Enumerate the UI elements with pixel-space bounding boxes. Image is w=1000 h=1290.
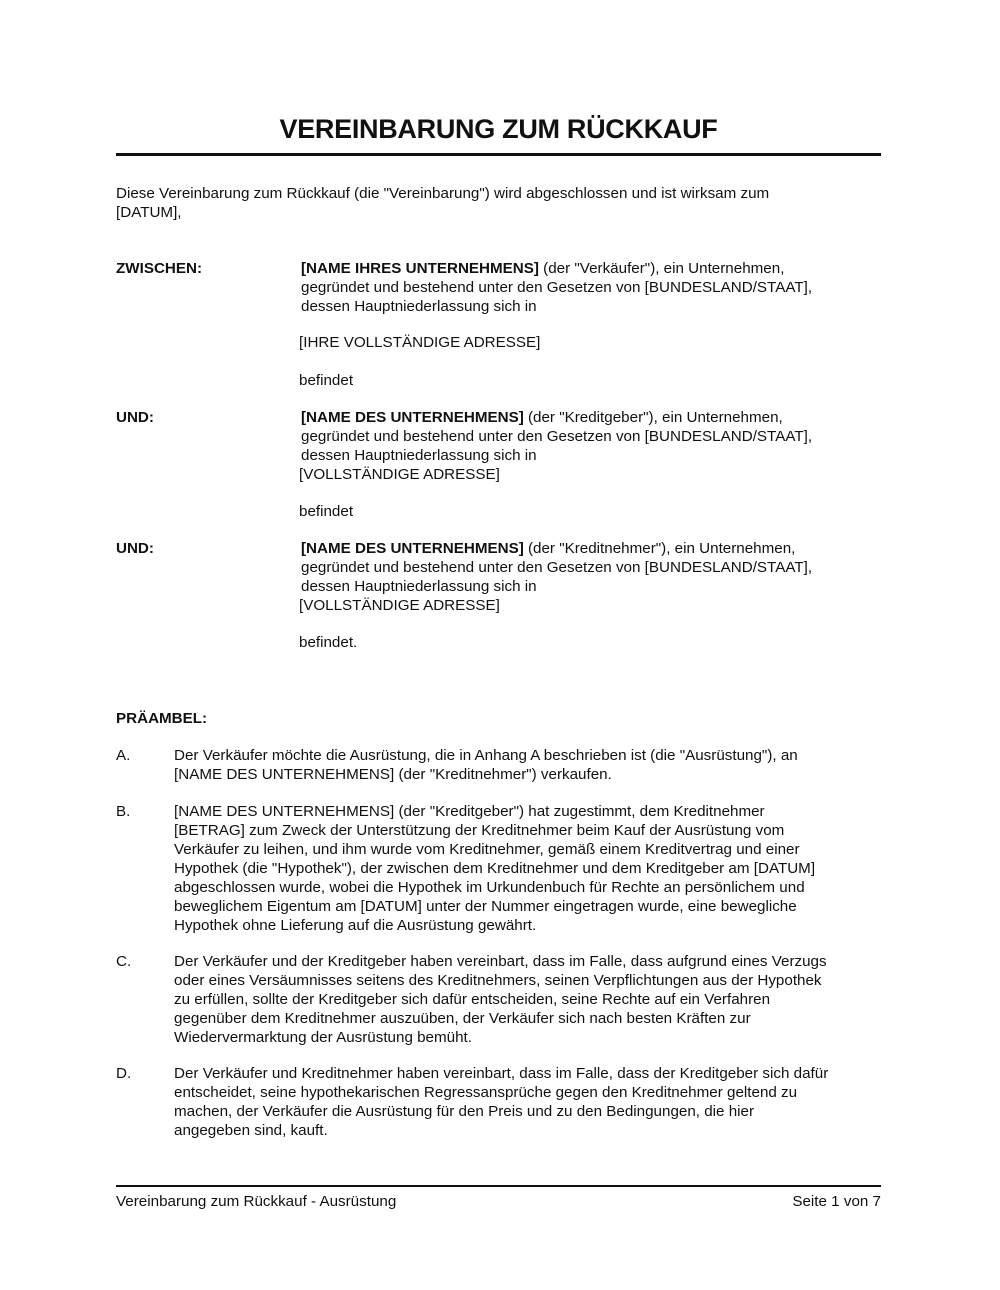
- preamble-item-d: Der Verkäufer und Kreditnehmer haben ver…: [174, 1064, 884, 1140]
- party-address: [VOLLSTÄNDIGE ADRESSE]: [299, 465, 500, 484]
- party-role: (der "Kreditgeber"), ein Unternehmen,: [524, 409, 783, 426]
- item-line: abgeschlossen wurde, wobei die Hypothek …: [174, 878, 884, 897]
- item-line: entscheidet, seine hypothekarischen Regr…: [174, 1083, 884, 1102]
- party-role: (der "Kreditnehmer"), ein Unternehmen,: [524, 540, 796, 557]
- item-line: Der Verkäufer und Kreditnehmer haben ver…: [174, 1064, 884, 1083]
- footer-document-name: Vereinbarung zum Rückkauf - Ausrüstung: [116, 1192, 396, 1211]
- item-line: oder eines Versäumnisses seitens des Kre…: [174, 971, 884, 990]
- item-line: Der Verkäufer möchte die Ausrüstung, die…: [174, 746, 884, 765]
- item-line: gegenüber dem Kreditnehmer auszuüben, de…: [174, 1009, 884, 1028]
- party-address: [IHRE VOLLSTÄNDIGE ADRESSE]: [299, 333, 540, 352]
- party-label-and: UND:: [116, 539, 154, 558]
- party-closing: befindet: [299, 371, 353, 390]
- party-jurisdiction: gegründet und bestehend unter den Gesetz…: [301, 558, 881, 577]
- party-label-and: UND:: [116, 408, 154, 427]
- item-line: beweglichem Eigentum am [DATUM] unter de…: [174, 897, 884, 916]
- party-name: [NAME DES UNTERNEHMENS]: [301, 540, 524, 557]
- intro-line: Diese Vereinbarung zum Rückkauf (die "Ve…: [116, 184, 876, 203]
- party-borrower: [NAME DES UNTERNEHMENS] (der "Kreditnehm…: [301, 539, 881, 596]
- item-line: Wiedervermarktung der Ausrüstung bemüht.: [174, 1028, 884, 1047]
- item-letter: C.: [116, 952, 131, 971]
- item-line: Hypothek (die "Hypothek"), der zwischen …: [174, 859, 884, 878]
- party-jurisdiction: gegründet und bestehend unter den Gesetz…: [301, 278, 881, 297]
- footer-page-number: Seite 1 von 7: [792, 1192, 881, 1211]
- intro-paragraph: Diese Vereinbarung zum Rückkauf (die "Ve…: [116, 184, 876, 222]
- item-letter: D.: [116, 1064, 131, 1083]
- party-office: dessen Hauptniederlassung sich in: [301, 577, 881, 596]
- party-address: [VOLLSTÄNDIGE ADRESSE]: [299, 596, 500, 615]
- preamble-item-c: Der Verkäufer und der Kreditgeber haben …: [174, 952, 884, 1047]
- item-line: angegeben sind, kauft.: [174, 1121, 884, 1140]
- document-title: VEREINBARUNG ZUM RÜCKKAUF: [116, 114, 881, 145]
- item-line: [NAME DES UNTERNEHMENS] (der "Kreditgebe…: [174, 802, 884, 821]
- title-divider: [116, 153, 881, 156]
- party-office: dessen Hauptniederlassung sich in: [301, 446, 881, 465]
- footer-divider: [116, 1185, 881, 1187]
- preamble-item-b: [NAME DES UNTERNEHMENS] (der "Kreditgebe…: [174, 802, 884, 935]
- party-role: (der "Verkäufer"), ein Unternehmen,: [539, 260, 784, 277]
- party-closing: befindet.: [299, 633, 357, 652]
- party-name: [NAME DES UNTERNEHMENS]: [301, 409, 524, 426]
- item-line: Verkäufer zu leihen, und ihm wurde vom K…: [174, 840, 884, 859]
- party-label-between: ZWISCHEN:: [116, 259, 202, 278]
- party-lender: [NAME DES UNTERNEHMENS] (der "Kreditgebe…: [301, 408, 881, 465]
- party-office: dessen Hauptniederlassung sich in: [301, 297, 881, 316]
- preamble-item-a: Der Verkäufer möchte die Ausrüstung, die…: [174, 746, 884, 784]
- item-line: Hypothek ohne Lieferung auf die Ausrüstu…: [174, 916, 884, 935]
- party-closing: befindet: [299, 502, 353, 521]
- item-letter: A.: [116, 746, 130, 765]
- item-letter: B.: [116, 802, 130, 821]
- item-line: machen, der Verkäufer die Ausrüstung für…: [174, 1102, 884, 1121]
- party-jurisdiction: gegründet und bestehend unter den Gesetz…: [301, 427, 881, 446]
- preamble-heading: PRÄAMBEL:: [116, 709, 207, 728]
- party-name: [NAME IHRES UNTERNEHMENS]: [301, 260, 539, 277]
- item-line: zu erfüllen, sollte der Kreditgeber sich…: [174, 990, 884, 1009]
- intro-line: [DATUM],: [116, 203, 876, 222]
- item-line: Der Verkäufer und der Kreditgeber haben …: [174, 952, 884, 971]
- item-line: [NAME DES UNTERNEHMENS] (der "Kreditnehm…: [174, 765, 884, 784]
- party-seller: [NAME IHRES UNTERNEHMENS] (der "Verkäufe…: [301, 259, 881, 316]
- item-line: [BETRAG] zum Zweck der Unterstützung der…: [174, 821, 884, 840]
